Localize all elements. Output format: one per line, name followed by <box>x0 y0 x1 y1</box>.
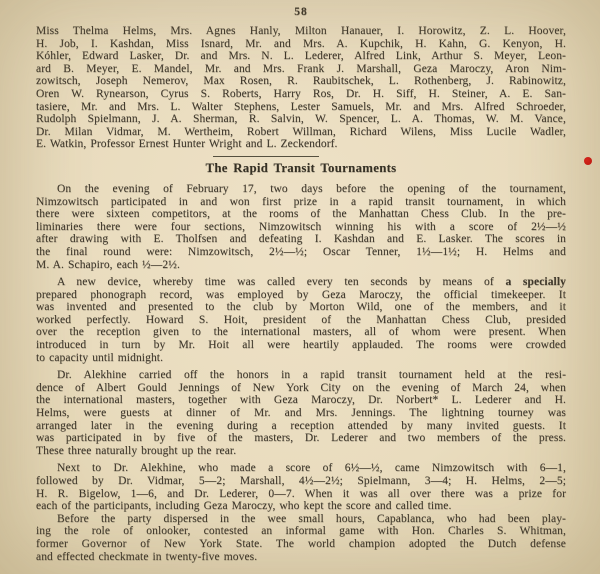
paragraph: On the evening of February 17, two days … <box>36 183 566 271</box>
text-line: E. Watkin, Professor Ernest Hunter Wrigh… <box>36 138 566 151</box>
text-line: Nimzowitsch participated in and won firs… <box>36 196 566 209</box>
emphasized-text: a specially <box>505 276 566 288</box>
text-line: introduced in turn by Mr. Hoit all were … <box>36 339 566 352</box>
text-line: after drawing with E. Tholfsen and defea… <box>36 233 566 246</box>
attendees-paragraph: Miss Thelma Helms, Mrs. Agnes Hanly, Mil… <box>36 25 566 151</box>
section-body: On the evening of February 17, two days … <box>36 183 566 563</box>
red-dot-marker <box>584 157 592 165</box>
text-line: the international masters, together with… <box>36 394 566 407</box>
book-page: 58 Miss Thelma Helms, Mrs. Agnes Hanly, … <box>36 6 566 568</box>
text-line: Dr. Milan Vidmar, M. Wertheim, Robert Wi… <box>36 126 566 139</box>
section-title: The Rapid Transit Tournaments <box>36 161 566 176</box>
text-line: H. Job, I. Kashdan, Miss Isnard, Mr. and… <box>36 38 566 51</box>
text-line: the final round were: Nimzowitsch, 2½—½;… <box>36 246 566 259</box>
text-line: H. R. Bigelow, 1—6, and Dr. Lederer, 0—7… <box>36 488 566 501</box>
text-line: was participated in by five of the maste… <box>36 432 566 445</box>
text-line: Kóhler, Edward Lasker, Dr. and Mrs. N. L… <box>36 50 566 63</box>
text-line: prepared phonograph record, was employed… <box>36 289 566 302</box>
text-line: ard B. Meyer, E. Mandel, Mr. and Mrs. Fr… <box>36 63 566 76</box>
section-divider-rule <box>213 156 319 157</box>
text-line: M. A. Schapiro, each ½—2½. <box>36 259 566 272</box>
text-line: Oren W. Rynearson, Cyrus S. Roberts, Har… <box>36 88 566 101</box>
text-line: Rudolph Spielmann, J. A. Sherman, R. Sal… <box>36 113 566 126</box>
text-line: ing the role of onlooker, contested an i… <box>36 525 566 538</box>
text-line: worked perfectly. Howard S. Hoit, presid… <box>36 314 566 327</box>
paragraph: Before the party dispersed in the wee sm… <box>36 513 566 563</box>
text-line: Before the party dispersed in the wee sm… <box>36 513 566 526</box>
text-line: former Governor of New York State. The w… <box>36 538 566 551</box>
page-number: 58 <box>36 6 566 18</box>
text-line: Next to Dr. Alekhine, who made a score o… <box>36 462 566 475</box>
text-line: over the reception given to the internat… <box>36 326 566 339</box>
text-line: arranged later in the evening during a r… <box>36 420 566 433</box>
text-line: was invented and presented to the club b… <box>36 301 566 314</box>
text-line: zowitsch, Joseph Nemerov, Max Rosen, R. … <box>36 75 566 88</box>
text-line: there were sixteen competitors, at the r… <box>36 208 566 221</box>
text-line: and effected checkmate in twenty-five mo… <box>36 551 566 564</box>
paragraph: Next to Dr. Alekhine, who made a score o… <box>36 462 566 512</box>
text-line: followed by Dr. Vidmar, 5—2; Marshall, 4… <box>36 475 566 488</box>
paragraph: A new device, whereby time was called ev… <box>36 276 566 364</box>
text-line: On the evening of February 17, two days … <box>36 183 566 196</box>
text-line: tasiere, Mr. and Mrs. L. Walter Stephens… <box>36 101 566 114</box>
text-line: Dr. Alekhine carried off the honors in a… <box>36 369 566 382</box>
text-line: each of the participants, including Geza… <box>36 500 566 513</box>
text-line: These three naturally brought up the rea… <box>36 445 566 458</box>
text-line: to capacity until midnight. <box>36 352 566 365</box>
text-line: A new device, whereby time was called ev… <box>36 276 566 289</box>
text-line: Miss Thelma Helms, Mrs. Agnes Hanly, Mil… <box>36 25 566 38</box>
paragraph: Dr. Alekhine carried off the honors in a… <box>36 369 566 457</box>
text-line: liminaries there were four sections, Nim… <box>36 221 566 234</box>
text-line: Helms, were guests at dinner of Mr. and … <box>36 407 566 420</box>
text-line: dence of Albert Gould Jennings of New Yo… <box>36 382 566 395</box>
